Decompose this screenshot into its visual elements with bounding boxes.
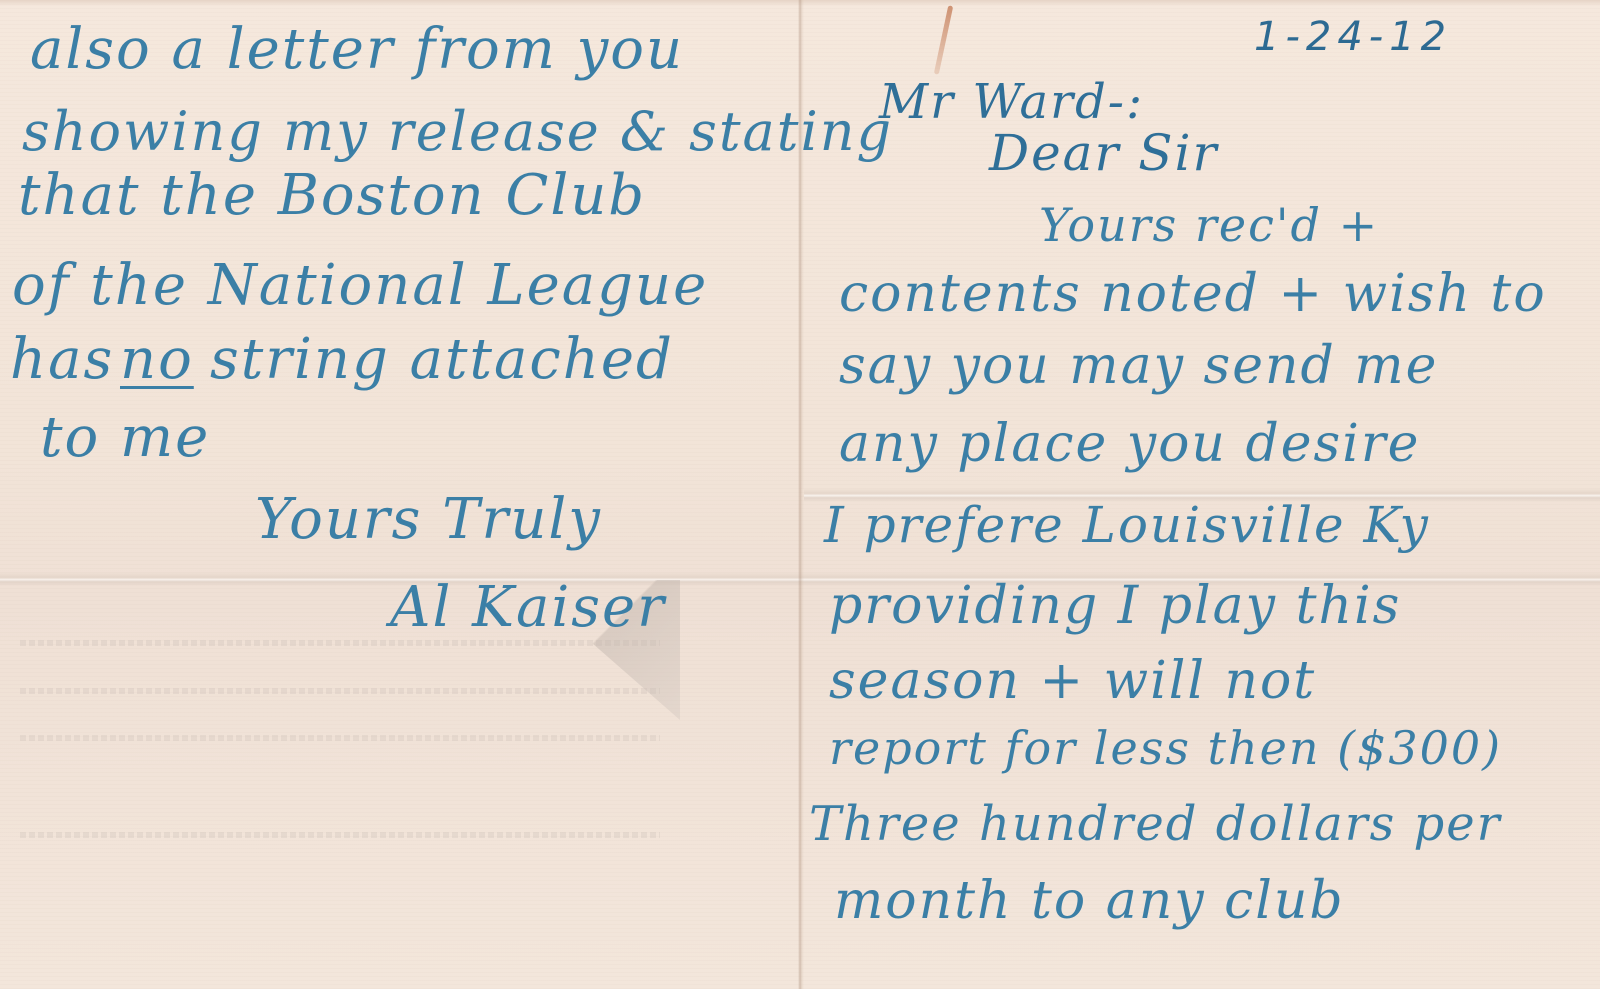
letter-sheet: also a letter from you showing my releas… [0,0,1600,989]
right-page: 1-24-12 Mr Ward-: Dear Sir Yours rec'd +… [804,0,1600,989]
letter-salutation-name: Mr Ward-: [879,78,1144,126]
letter-line: string attached [210,332,674,388]
letter-line: to me [40,410,210,466]
letter-line: Yours rec'd + [1039,202,1379,248]
letter-line: providing I play this [829,580,1401,632]
letter-line: I prefere Louisville Ky [824,500,1430,550]
letter-line: contents noted + wish to [839,268,1547,320]
letter-line: report for less then ($300) [829,725,1502,771]
letter-line-underlined: no [120,332,194,388]
letter-line: season + will not [829,655,1316,707]
letter-line: Three hundred dollars per [809,800,1502,848]
letter-line: say you may send me [839,340,1438,392]
letter-line: also a letter from you [30,22,684,78]
letter-line: has [10,332,114,388]
letter-signature: Al Kaiser [390,580,666,636]
letter-line: showing my release & stating [22,105,893,159]
letter-date: 1-24-12 [1254,14,1452,60]
letter-salutation: Dear Sir [989,128,1218,178]
letter-line: of the National League [12,258,708,314]
letter-closing: Yours Truly [255,492,602,548]
letter-line: month to any club [834,875,1345,927]
letter-line: any place you desire [839,418,1420,470]
letter-line: that the Boston Club [18,168,646,224]
left-page: also a letter from you showing my releas… [0,0,798,989]
